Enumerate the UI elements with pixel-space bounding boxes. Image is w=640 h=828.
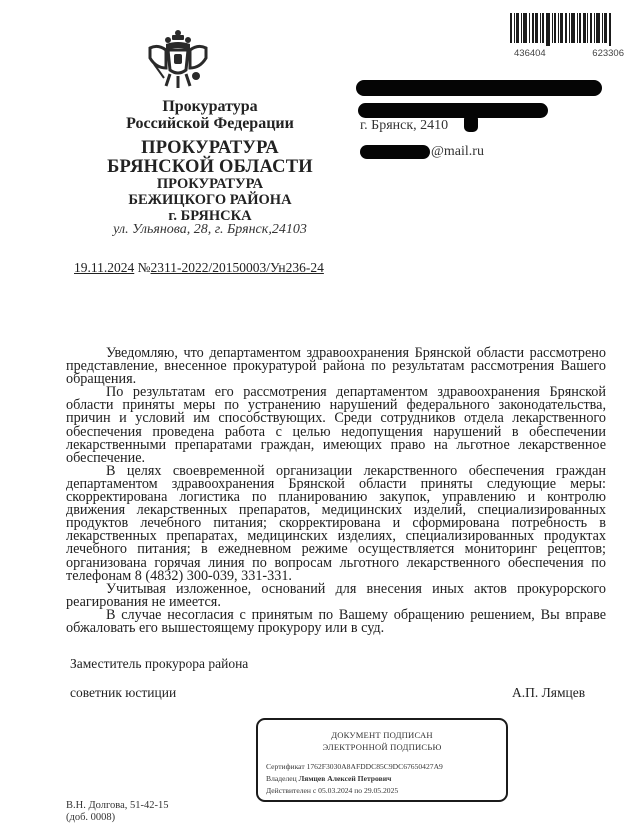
redaction-bar: [464, 114, 478, 132]
barcode-bars: [510, 13, 628, 46]
sender-line-4: БРЯНСКОЙ ОБЛАСТИ: [60, 158, 360, 177]
stamp-certificate: Сертификат 1762F3030A8AFDDC85C9DC6765042…: [266, 762, 443, 771]
valid-from-label: с: [313, 786, 316, 795]
body-paragraph: Учитывая изложенное, оснований для внесе…: [66, 583, 606, 609]
body-paragraph: Уведомляю, что департаментом здравоохран…: [66, 347, 606, 386]
valid-to-label: по: [354, 786, 362, 795]
barcode: 436404 623306: [510, 13, 628, 65]
letter-body: Уведомляю, что департаментом здравоохран…: [66, 347, 606, 635]
signer-rank: советник юстиции: [70, 685, 176, 701]
body-paragraph: В целях своевременной организации лекарс…: [66, 465, 606, 583]
signer-position: Заместитель прокурора района: [70, 656, 248, 672]
redaction-bar: [358, 103, 548, 118]
electronic-signature-stamp: ДОКУМЕНТ ПОДПИСАН ЭЛЕКТРОННОЙ ПОДПИСЬЮ С…: [256, 718, 508, 802]
recipient-city: г. Брянск, 2410: [360, 118, 448, 134]
stamp-title-2: ЭЛЕКТРОННОЙ ПОДПИСЬЮ: [258, 742, 506, 752]
owner-label: Владелец: [266, 774, 297, 783]
double-headed-eagle-emblem-icon: [144, 28, 212, 92]
stamp-validity: Действителен с 05.03.2024 по 29.05.2025: [266, 786, 398, 795]
valid-to: 29.05.2025: [364, 786, 398, 795]
executor-line-2: (доб. 0008): [66, 812, 169, 824]
redaction-bar: [360, 145, 430, 159]
registration-line: 19.11.2024 №2311-2022/20150003/Ун236-24: [74, 260, 324, 276]
barcode-number-2: 623306: [592, 48, 624, 59]
recipient-email: @mail.ru: [431, 144, 484, 160]
stamp-owner: Владелец Лямцев Алексей Петрович: [266, 774, 391, 783]
executor-info: В.Н. Долгова, 51-42-15 (доб. 0008): [66, 800, 169, 824]
valid-label: Действителен: [266, 786, 311, 795]
certificate-label: Сертификат: [266, 762, 305, 771]
sender-line-3: ПРОКУРАТУРА: [60, 139, 360, 158]
body-paragraph: По результатам его рассмотрения департам…: [66, 386, 606, 465]
body-paragraph: В случае несогласия с принятым по Вашему…: [66, 609, 606, 635]
sender-header-region: ПРОКУРАТУРА БРЯНСКОЙ ОБЛАСТИ: [60, 139, 360, 177]
sender-line-2: Российской Федерации: [60, 115, 360, 132]
sender-line-1: Прокуратура: [60, 98, 360, 115]
redaction-bar: [356, 80, 602, 96]
stamp-title-1: ДОКУМЕНТ ПОДПИСАН: [258, 730, 506, 740]
owner-value: Лямцев Алексей Петрович: [299, 774, 392, 783]
signer-name: А.П. Лямцев: [512, 685, 585, 701]
sender-line-5: ПРОКУРАТУРА: [60, 176, 360, 192]
registration-number-label: №: [138, 260, 151, 275]
executor-line-1: В.Н. Долгова, 51-42-15: [66, 800, 169, 812]
certificate-value: 1762F3030A8AFDDC85C9DC67650427A9: [307, 762, 443, 771]
barcode-number-1: 436404: [514, 48, 546, 59]
registration-date: 19.11.2024: [74, 260, 134, 275]
sender-line-6: БЕЖИЦКОГО РАЙОНА: [60, 192, 360, 208]
sender-header-federal: Прокуратура Российской Федерации: [60, 98, 360, 132]
registration-number: 2311-2022/20150003/Ун236-24: [151, 260, 324, 275]
sender-header-district: ПРОКУРАТУРА БЕЖИЦКОГО РАЙОНА г. БРЯНСКА: [60, 176, 360, 224]
sender-address: ул. Ульянова, 28, г. Брянск,24103: [60, 222, 360, 238]
valid-from: 05.03.2024: [318, 786, 352, 795]
